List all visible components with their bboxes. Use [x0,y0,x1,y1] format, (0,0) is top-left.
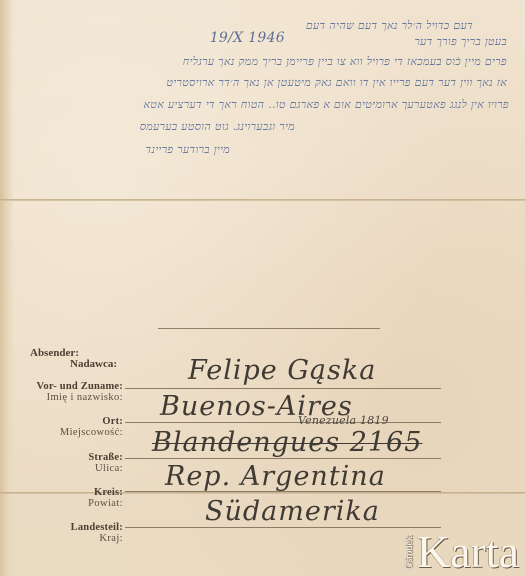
letter-line-5: פרויו אין לנגג פאטערעך ארומיטים אום א פא… [143,98,509,111]
letter-line-2: בעטן בריך פורך דער [414,35,507,48]
field-name-label-de: Vor- und Zuname: [0,381,123,392]
field-name-value: Felipe Gąska [188,355,376,386]
field-name-line [125,388,441,389]
letter-line-6: מיר וגבערוינג. גוט הוסטע בערעמס [140,120,295,133]
field-street-value: Blandengues 2165 [152,427,422,458]
field-place-label-de: Ort: [0,416,123,427]
field-district-label-pl: Powiat: [0,498,123,509]
field-street-label-de: Straße: [0,452,123,463]
fold-line-top [0,199,525,201]
field-district-label-de: Kreis: [0,487,123,498]
field-country-value: Südamerika [205,496,380,527]
field-place-line [125,422,441,423]
field-country-line [125,527,441,528]
letter-line-1: דעם כדויל ה׳לר נאך דעם שהיה דעם [306,19,473,32]
letter-line-3: פרים מיין כֿוס בעמכאז די פרויל ווא צו בי… [183,55,507,68]
field-place-label-pl: Miejscowość: [0,427,123,438]
printed-rule [158,328,380,329]
watermark-karta: Karta [417,530,519,574]
letter-date: 19/X 1946 [210,30,285,46]
letter-signature: מיין ברודער פריינד [146,143,231,156]
nadawca-label: Nadawca: [70,358,117,370]
field-country-label-pl: Kraj: [0,533,123,544]
field-street-label-pl: Ulica: [0,463,123,474]
watermark-osrodek: Ośrodek [404,536,415,570]
field-district-value: Rep. Argentina [165,461,386,492]
field-street-line [125,458,441,459]
letter-line-4: אז נאך ווין דער דעם פרייו אין דו וואם גא… [166,76,507,89]
field-street-correction: Venezuela 1819 [298,414,389,427]
karta-watermark: Ośrodek Karta [404,530,519,574]
field-country-label-de: Landesteil: [0,522,123,533]
field-name-label-pl: Imię i nazwisko: [0,392,123,403]
